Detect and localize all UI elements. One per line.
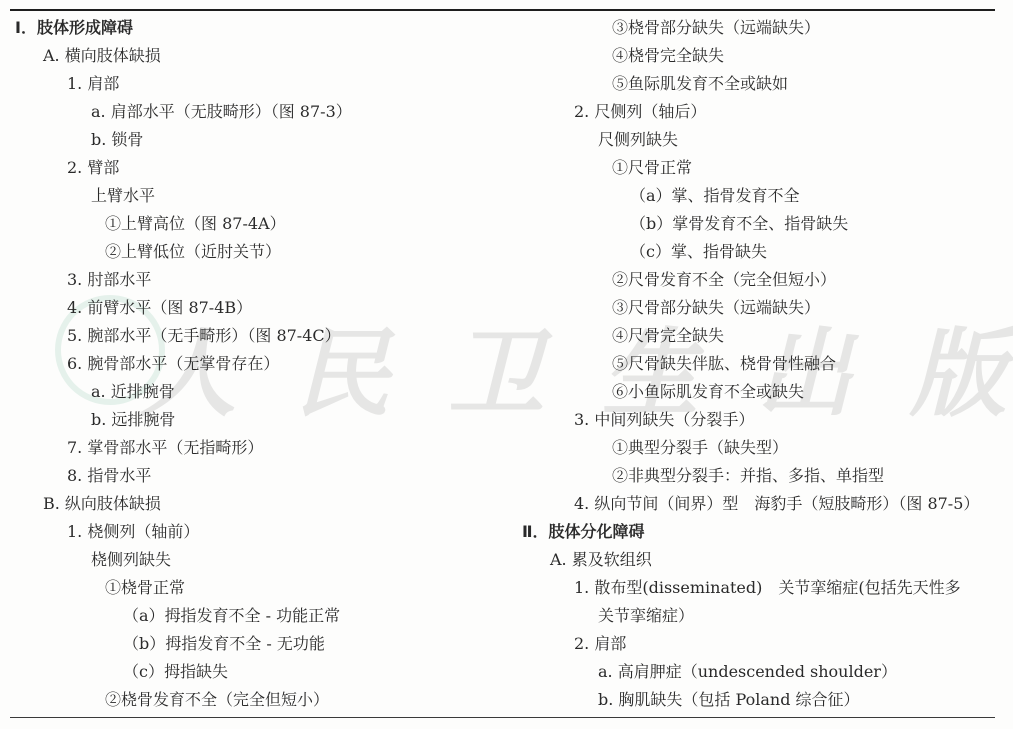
- outline-item: b. 锁骨: [15, 126, 495, 154]
- outline-item: ①典型分裂手（缺失型）: [522, 434, 1002, 462]
- outline-item: 桡侧列缺失: [15, 546, 495, 574]
- outline-item: 尺侧列缺失: [522, 126, 1002, 154]
- outline-item: ③桡骨部分缺失（远端缺失）: [522, 14, 1002, 42]
- outline-item: 1. 散布型(disseminated) 关节挛缩症(包括先天性多: [522, 574, 1002, 602]
- outline-item: （c）掌、指骨缺失: [522, 238, 1002, 266]
- section-heading: Ⅰ．肢体形成障碍: [15, 14, 495, 42]
- outline-item: a. 肩部水平（无肢畸形）（图 87-3）: [15, 98, 495, 126]
- outline-item: （a）拇指发育不全 - 功能正常: [15, 602, 495, 630]
- outline-item: ①尺骨正常: [522, 154, 1002, 182]
- outline-item: ②非典型分裂手：并指、多指、单指型: [522, 462, 1002, 490]
- outline-item: ②上臂低位（近肘关节）: [15, 238, 495, 266]
- outline-item: 4. 前臂水平（图 87-4B）: [15, 294, 495, 322]
- outline-item: ①上臂高位（图 87-4A）: [15, 210, 495, 238]
- outline-item: 关节挛缩症）: [522, 602, 1002, 630]
- outline-item: ①桡骨正常: [15, 574, 495, 602]
- outline-item: ②尺骨发育不全（完全但短小）: [522, 266, 1002, 294]
- outline-item: 2. 尺侧列（轴后）: [522, 98, 1002, 126]
- outline-item: A. 累及软组织: [522, 546, 1002, 574]
- outline-item: a. 近排腕骨: [15, 378, 495, 406]
- outline-item: ⑤尺骨缺失伴肱、桡骨骨性融合: [522, 350, 1002, 378]
- top-rule: [10, 9, 995, 11]
- outline-item: b. 远排腕骨: [15, 406, 495, 434]
- outline-item: B. 纵向肢体缺损: [15, 490, 495, 518]
- outline-item: a. 高肩胛症（undescended shoulder）: [522, 658, 1002, 686]
- outline-item: 2. 臂部: [15, 154, 495, 182]
- outline-item: 1. 桡侧列（轴前）: [15, 518, 495, 546]
- outline-item: 3. 肘部水平: [15, 266, 495, 294]
- outline-item: 3. 中间列缺失（分裂手）: [522, 406, 1002, 434]
- outline-item: 2. 肩部: [522, 630, 1002, 658]
- outline-item: ⑥小鱼际肌发育不全或缺失: [522, 378, 1002, 406]
- section-heading: Ⅱ．肢体分化障碍: [522, 518, 1002, 546]
- bottom-rule: [10, 717, 995, 718]
- outline-item: （b）掌骨发育不全、指骨缺失: [522, 210, 1002, 238]
- right-column: ③桡骨部分缺失（远端缺失）④桡骨完全缺失⑤鱼际肌发育不全或缺如2. 尺侧列（轴后…: [522, 14, 1002, 714]
- outline-item: ②桡骨发育不全（完全但短小）: [15, 686, 495, 714]
- outline-item: ③尺骨部分缺失（远端缺失）: [522, 294, 1002, 322]
- outline-item: ⑤鱼际肌发育不全或缺如: [522, 70, 1002, 98]
- outline-item: 8. 指骨水平: [15, 462, 495, 490]
- outline-item: （c）拇指缺失: [15, 658, 495, 686]
- outline-item: 6. 腕骨部水平（无掌骨存在）: [15, 350, 495, 378]
- outline-item: ④尺骨完全缺失: [522, 322, 1002, 350]
- outline-item: 1. 肩部: [15, 70, 495, 98]
- outline-item: b. 胸肌缺失（包括 Poland 综合征）: [522, 686, 1002, 714]
- outline-item: （b）拇指发育不全 - 无功能: [15, 630, 495, 658]
- outline-item: 7. 掌骨部水平（无指畸形）: [15, 434, 495, 462]
- outline-item: 5. 腕部水平（无手畸形）（图 87-4C）: [15, 322, 495, 350]
- outline-item: A. 横向肢体缺损: [15, 42, 495, 70]
- outline-item: （a）掌、指骨发育不全: [522, 182, 1002, 210]
- left-column: Ⅰ．肢体形成障碍A. 横向肢体缺损1. 肩部a. 肩部水平（无肢畸形）（图 87…: [15, 14, 495, 714]
- outline-item: 4. 纵向节间（间界）型 海豹手（短肢畸形）（图 87-5）: [522, 490, 1002, 518]
- outline-item: 上臂水平: [15, 182, 495, 210]
- outline-item: ④桡骨完全缺失: [522, 42, 1002, 70]
